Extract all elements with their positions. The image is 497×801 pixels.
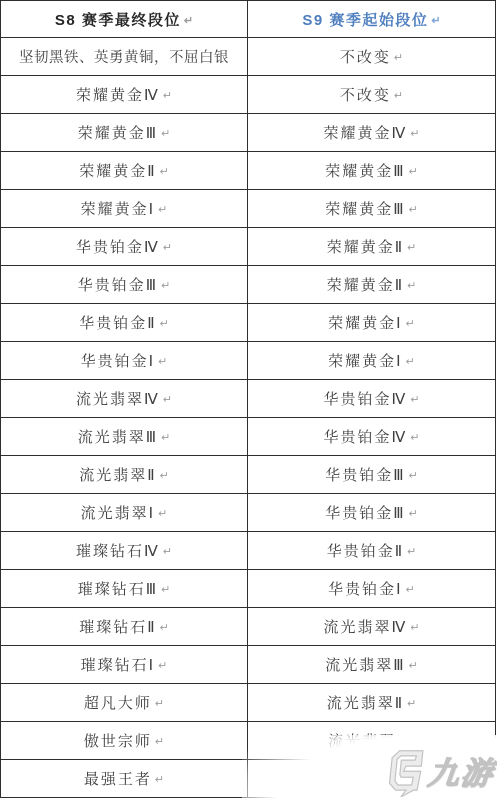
return-mark-icon: ↵ (431, 15, 440, 27)
s9-rank-cell: 流光翡翠Ⅱ↵ (248, 684, 496, 722)
cell-text: 璀璨钻石Ⅳ (76, 543, 160, 560)
return-mark-icon: ↵ (409, 470, 418, 482)
table-row: 坚韧黑铁、英勇黄铜，不屈白银 不改变↵ (1, 38, 496, 76)
cell-text: 华贵铂金Ⅲ (325, 467, 405, 484)
table-row: 璀璨钻石Ⅲ↵ 华贵铂金Ⅰ↵ (1, 570, 496, 608)
s8-rank-cell: 璀璨钻石Ⅱ↵ (1, 608, 248, 646)
return-mark-icon: ↵ (409, 660, 418, 672)
return-mark-icon: ↵ (160, 318, 169, 330)
cell-text: 华贵铂金Ⅰ (81, 353, 155, 370)
cell-text: 华贵铂金Ⅲ (78, 277, 158, 294)
table-row: 傲世宗师↵ 流光翡翠Ⅰ↵ (1, 722, 496, 760)
s9-rank-cell: 荣耀黄金Ⅱ↵ (248, 266, 496, 304)
s9-rank-cell: 华贵铂金Ⅱ↵ (248, 532, 496, 570)
table-row: 荣耀黄金Ⅲ↵ 荣耀黄金Ⅳ↵ (1, 114, 496, 152)
return-mark-icon: ↵ (155, 774, 164, 786)
cell-text: 荣耀黄金Ⅲ (78, 125, 158, 142)
table-row: 荣耀黄金Ⅱ↵ 荣耀黄金Ⅲ↵ (1, 152, 496, 190)
cell-text: 荣耀黄金Ⅲ (325, 163, 405, 180)
s9-rank-cell: 荣耀黄金Ⅲ↵ (248, 152, 496, 190)
table-row: 流光翡翠Ⅱ↵ 华贵铂金Ⅲ↵ (1, 456, 496, 494)
return-mark-icon: ↵ (406, 584, 415, 596)
return-mark-icon: ↵ (161, 280, 170, 292)
table-row: 华贵铂金Ⅱ↵ 荣耀黄金Ⅰ↵ (1, 304, 496, 342)
s8-rank-cell: 荣耀黄金Ⅲ↵ (1, 114, 248, 152)
table-row: 璀璨钻石Ⅰ↵ 流光翡翠Ⅲ↵ (1, 646, 496, 684)
s8-rank-cell: 坚韧黑铁、英勇黄铜，不屈白银 (1, 38, 248, 76)
return-mark-icon: ↵ (158, 204, 167, 216)
s8-rank-cell: 流光翡翠Ⅱ↵ (1, 456, 248, 494)
s8-rank-cell: 流光翡翠Ⅰ↵ (1, 494, 248, 532)
s9-rank-cell: 华贵铂金Ⅳ↵ (248, 380, 496, 418)
s8-rank-cell: 华贵铂金Ⅲ↵ (1, 266, 248, 304)
return-mark-icon: ↵ (163, 90, 172, 102)
return-mark-icon: ↵ (155, 698, 164, 710)
table-header-row: S8 赛季最终段位↵ S9 赛季起始段位↵ (1, 1, 496, 38)
cell-text: 荣耀黄金Ⅱ (327, 239, 404, 256)
s9-rank-cell: 荣耀黄金Ⅱ↵ (248, 228, 496, 266)
s9-rank-cell (248, 760, 496, 798)
s9-rank-cell: 流光翡翠Ⅲ↵ (248, 646, 496, 684)
return-mark-icon: ↵ (155, 736, 164, 748)
s9-header-label: S9 赛季起始段位 (302, 12, 428, 29)
cell-text: 流光翡翠Ⅲ (78, 429, 158, 446)
cell-text: 荣耀黄金Ⅱ (79, 163, 156, 180)
s8-rank-cell: 华贵铂金Ⅱ↵ (1, 304, 248, 342)
table-row: 荣耀黄金Ⅰ↵ 荣耀黄金Ⅲ↵ (1, 190, 496, 228)
return-mark-icon: ↵ (407, 242, 416, 254)
return-mark-icon: ↵ (394, 90, 403, 102)
s8-rank-cell: 华贵铂金Ⅳ↵ (1, 228, 248, 266)
return-mark-icon: ↵ (406, 318, 415, 330)
return-mark-icon: ↵ (407, 698, 416, 710)
return-mark-icon: ↵ (161, 432, 170, 444)
cell-text: 华贵铂金Ⅱ (327, 543, 404, 560)
s9-rank-cell: 荣耀黄金Ⅰ↵ (248, 304, 496, 342)
table-row: 华贵铂金Ⅲ↵ 荣耀黄金Ⅱ↵ (1, 266, 496, 304)
s8-rank-cell: 傲世宗师↵ (1, 722, 248, 760)
return-mark-icon: ↵ (406, 736, 415, 748)
table-row: 最强王者↵ (1, 760, 496, 798)
table-row: 流光翡翠Ⅰ↵ 华贵铂金Ⅲ↵ (1, 494, 496, 532)
cell-text: 荣耀黄金Ⅳ (76, 87, 160, 104)
s8-rank-cell: 最强王者↵ (1, 760, 248, 798)
return-mark-icon: ↵ (407, 280, 416, 292)
s8-rank-cell: 璀璨钻石Ⅲ↵ (1, 570, 248, 608)
return-mark-icon: ↵ (410, 128, 419, 140)
s9-rank-cell: 荣耀黄金Ⅲ↵ (248, 190, 496, 228)
cell-text: 傲世宗师 (84, 733, 152, 750)
cell-text: 荣耀黄金Ⅱ (327, 277, 404, 294)
cell-text: 不改变 (340, 49, 391, 66)
return-mark-icon: ↵ (409, 204, 418, 216)
return-mark-icon: ↵ (158, 356, 167, 368)
return-mark-icon: ↵ (394, 52, 403, 64)
s9-rank-cell: 不改变↵ (248, 38, 496, 76)
s9-rank-cell: 华贵铂金Ⅲ↵ (248, 456, 496, 494)
s9-rank-cell: 华贵铂金Ⅰ↵ (248, 570, 496, 608)
cell-text: 荣耀黄金Ⅰ (328, 353, 402, 370)
return-mark-icon: ↵ (410, 622, 419, 634)
cell-text: 流光翡翠Ⅲ (325, 657, 405, 674)
cell-text: 流光翡翠Ⅱ (79, 467, 156, 484)
cell-text: 流光翡翠Ⅰ (81, 505, 155, 522)
cell-text: 华贵铂金Ⅲ (325, 505, 405, 522)
table-row: 超凡大师↵ 流光翡翠Ⅱ↵ (1, 684, 496, 722)
s8-rank-cell: 流光翡翠Ⅳ↵ (1, 380, 248, 418)
table-row: 流光翡翠Ⅲ↵ 华贵铂金Ⅳ↵ (1, 418, 496, 456)
return-mark-icon: ↵ (163, 546, 172, 558)
s9-rank-cell: 华贵铂金Ⅳ↵ (248, 418, 496, 456)
return-mark-icon: ↵ (410, 394, 419, 406)
return-mark-icon: ↵ (161, 128, 170, 140)
return-mark-icon: ↵ (409, 166, 418, 178)
cell-text: 流光翡翠Ⅰ (328, 733, 402, 750)
return-mark-icon: ↵ (184, 15, 193, 27)
cell-text: 璀璨钻石Ⅰ (81, 657, 155, 674)
s9-rank-cell: 流光翡翠Ⅳ↵ (248, 608, 496, 646)
return-mark-icon: ↵ (158, 508, 167, 520)
s9-rank-cell: 华贵铂金Ⅲ↵ (248, 494, 496, 532)
table-row: 流光翡翠Ⅳ↵ 华贵铂金Ⅳ↵ (1, 380, 496, 418)
table-row: 璀璨钻石Ⅳ↵ 华贵铂金Ⅱ↵ (1, 532, 496, 570)
cell-text: 荣耀黄金Ⅰ (328, 315, 402, 332)
return-mark-icon: ↵ (160, 166, 169, 178)
cell-text: 流光翡翠Ⅳ (76, 391, 160, 408)
return-mark-icon: ↵ (163, 394, 172, 406)
return-mark-icon: ↵ (158, 660, 167, 672)
return-mark-icon: ↵ (409, 508, 418, 520)
return-mark-icon: ↵ (163, 242, 172, 254)
s8-rank-cell: 荣耀黄金Ⅳ↵ (1, 76, 248, 114)
cell-text: 坚韧黑铁、英勇黄铜，不屈白银 (19, 50, 229, 66)
return-mark-icon: ↵ (160, 470, 169, 482)
s8-rank-cell: 流光翡翠Ⅲ↵ (1, 418, 248, 456)
cell-text: 华贵铂金Ⅳ (323, 429, 407, 446)
s8-rank-cell: 荣耀黄金Ⅱ↵ (1, 152, 248, 190)
table-row: 华贵铂金Ⅳ↵ 荣耀黄金Ⅱ↵ (1, 228, 496, 266)
return-mark-icon: ↵ (160, 622, 169, 634)
cell-text: 璀璨钻石Ⅲ (78, 581, 158, 598)
s9-rank-cell: 荣耀黄金Ⅳ↵ (248, 114, 496, 152)
cell-text: 最强王者 (84, 771, 152, 788)
cell-text: 华贵铂金Ⅳ (76, 239, 160, 256)
cell-text: 华贵铂金Ⅰ (328, 581, 402, 598)
table-row: 华贵铂金Ⅰ↵ 荣耀黄金Ⅰ↵ (1, 342, 496, 380)
table-row: 璀璨钻石Ⅱ↵ 流光翡翠Ⅳ↵ (1, 608, 496, 646)
s8-rank-cell: 璀璨钻石Ⅳ↵ (1, 532, 248, 570)
return-mark-icon: ↵ (161, 584, 170, 596)
return-mark-icon: ↵ (410, 432, 419, 444)
cell-text: 璀璨钻石Ⅱ (79, 619, 156, 636)
cell-text: 超凡大师 (84, 695, 152, 712)
s8-rank-cell: 荣耀黄金Ⅰ↵ (1, 190, 248, 228)
s8-rank-cell: 超凡大师↵ (1, 684, 248, 722)
s8-rank-cell: 华贵铂金Ⅰ↵ (1, 342, 248, 380)
return-mark-icon: ↵ (406, 356, 415, 368)
s8-header-cell: S8 赛季最终段位↵ (1, 1, 248, 38)
s9-header-cell: S9 赛季起始段位↵ (248, 1, 496, 38)
s8-header-label: S8 赛季最终段位 (55, 12, 181, 29)
cell-text: 荣耀黄金Ⅲ (325, 201, 405, 218)
s8-rank-cell: 璀璨钻石Ⅰ↵ (1, 646, 248, 684)
rank-conversion-table: S8 赛季最终段位↵ S9 赛季起始段位↵ 坚韧黑铁、英勇黄铜，不屈白银 不改变… (0, 0, 496, 798)
cell-text: 荣耀黄金Ⅰ (81, 201, 155, 218)
s9-rank-cell: 荣耀黄金Ⅰ↵ (248, 342, 496, 380)
s9-rank-cell: 流光翡翠Ⅰ↵ (248, 722, 496, 760)
rank-conversion-page: S8 赛季最终段位↵ S9 赛季起始段位↵ 坚韧黑铁、英勇黄铜，不屈白银 不改变… (0, 0, 497, 801)
cell-text: 流光翡翠Ⅳ (323, 619, 407, 636)
s9-rank-cell: 不改变↵ (248, 76, 496, 114)
cell-text: 荣耀黄金Ⅳ (323, 125, 407, 142)
cell-text: 流光翡翠Ⅱ (327, 695, 404, 712)
return-mark-icon: ↵ (407, 546, 416, 558)
table-row: 荣耀黄金Ⅳ↵ 不改变↵ (1, 76, 496, 114)
cell-text: 华贵铂金Ⅳ (323, 391, 407, 408)
cell-text: 华贵铂金Ⅱ (79, 315, 156, 332)
cell-text: 不改变 (340, 87, 391, 104)
